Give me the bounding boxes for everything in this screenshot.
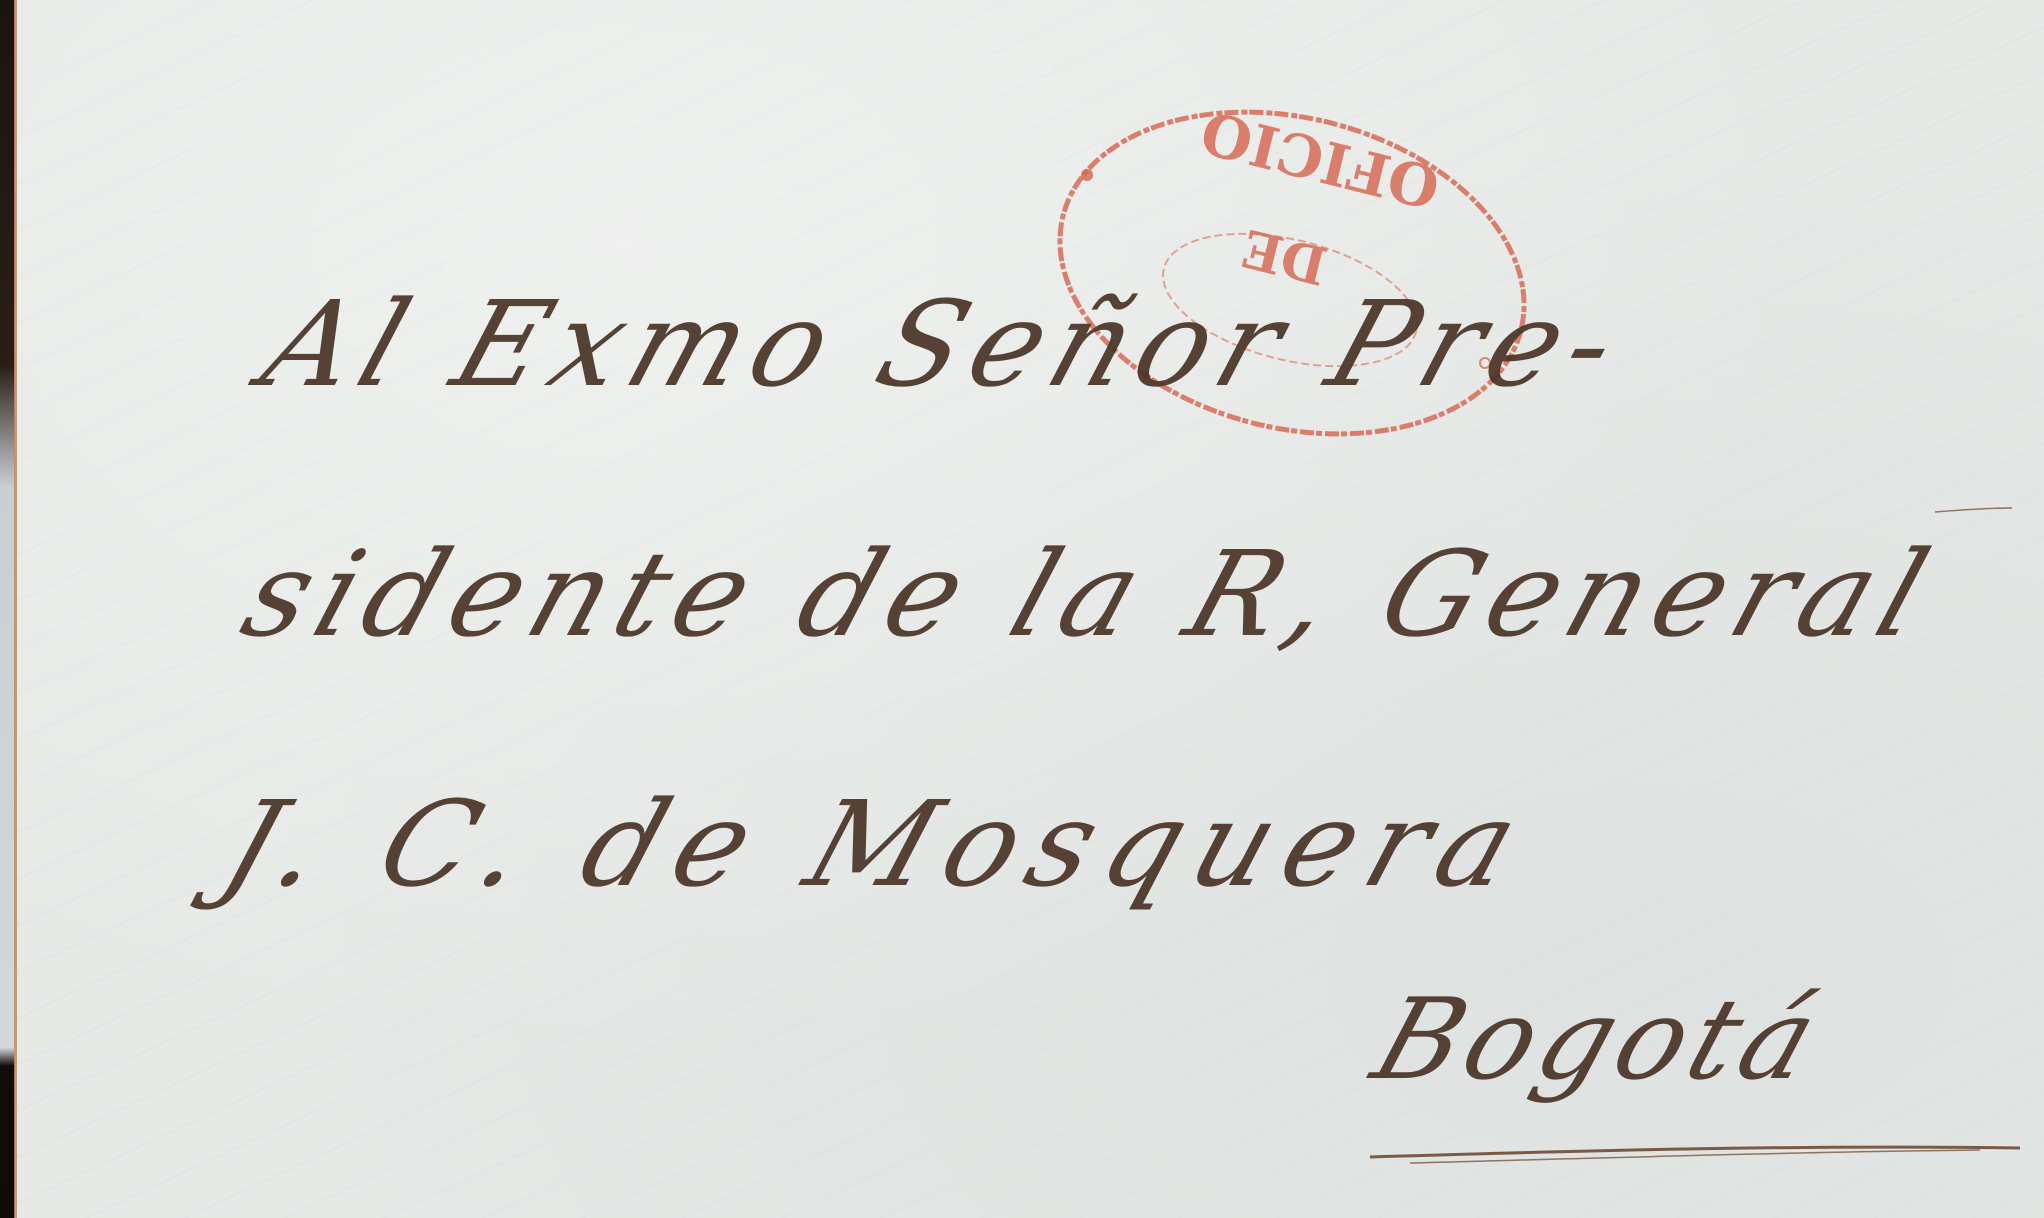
address-line-1: Al Exmo Señor Pre- bbox=[248, 275, 1644, 413]
address-line-3: J. C. de Mosquera bbox=[208, 775, 1549, 913]
photo-left-border bbox=[0, 0, 15, 1218]
address-line-2: sidente de la R, General bbox=[228, 525, 1954, 663]
address-destination: Bogotá bbox=[1359, 975, 1838, 1105]
